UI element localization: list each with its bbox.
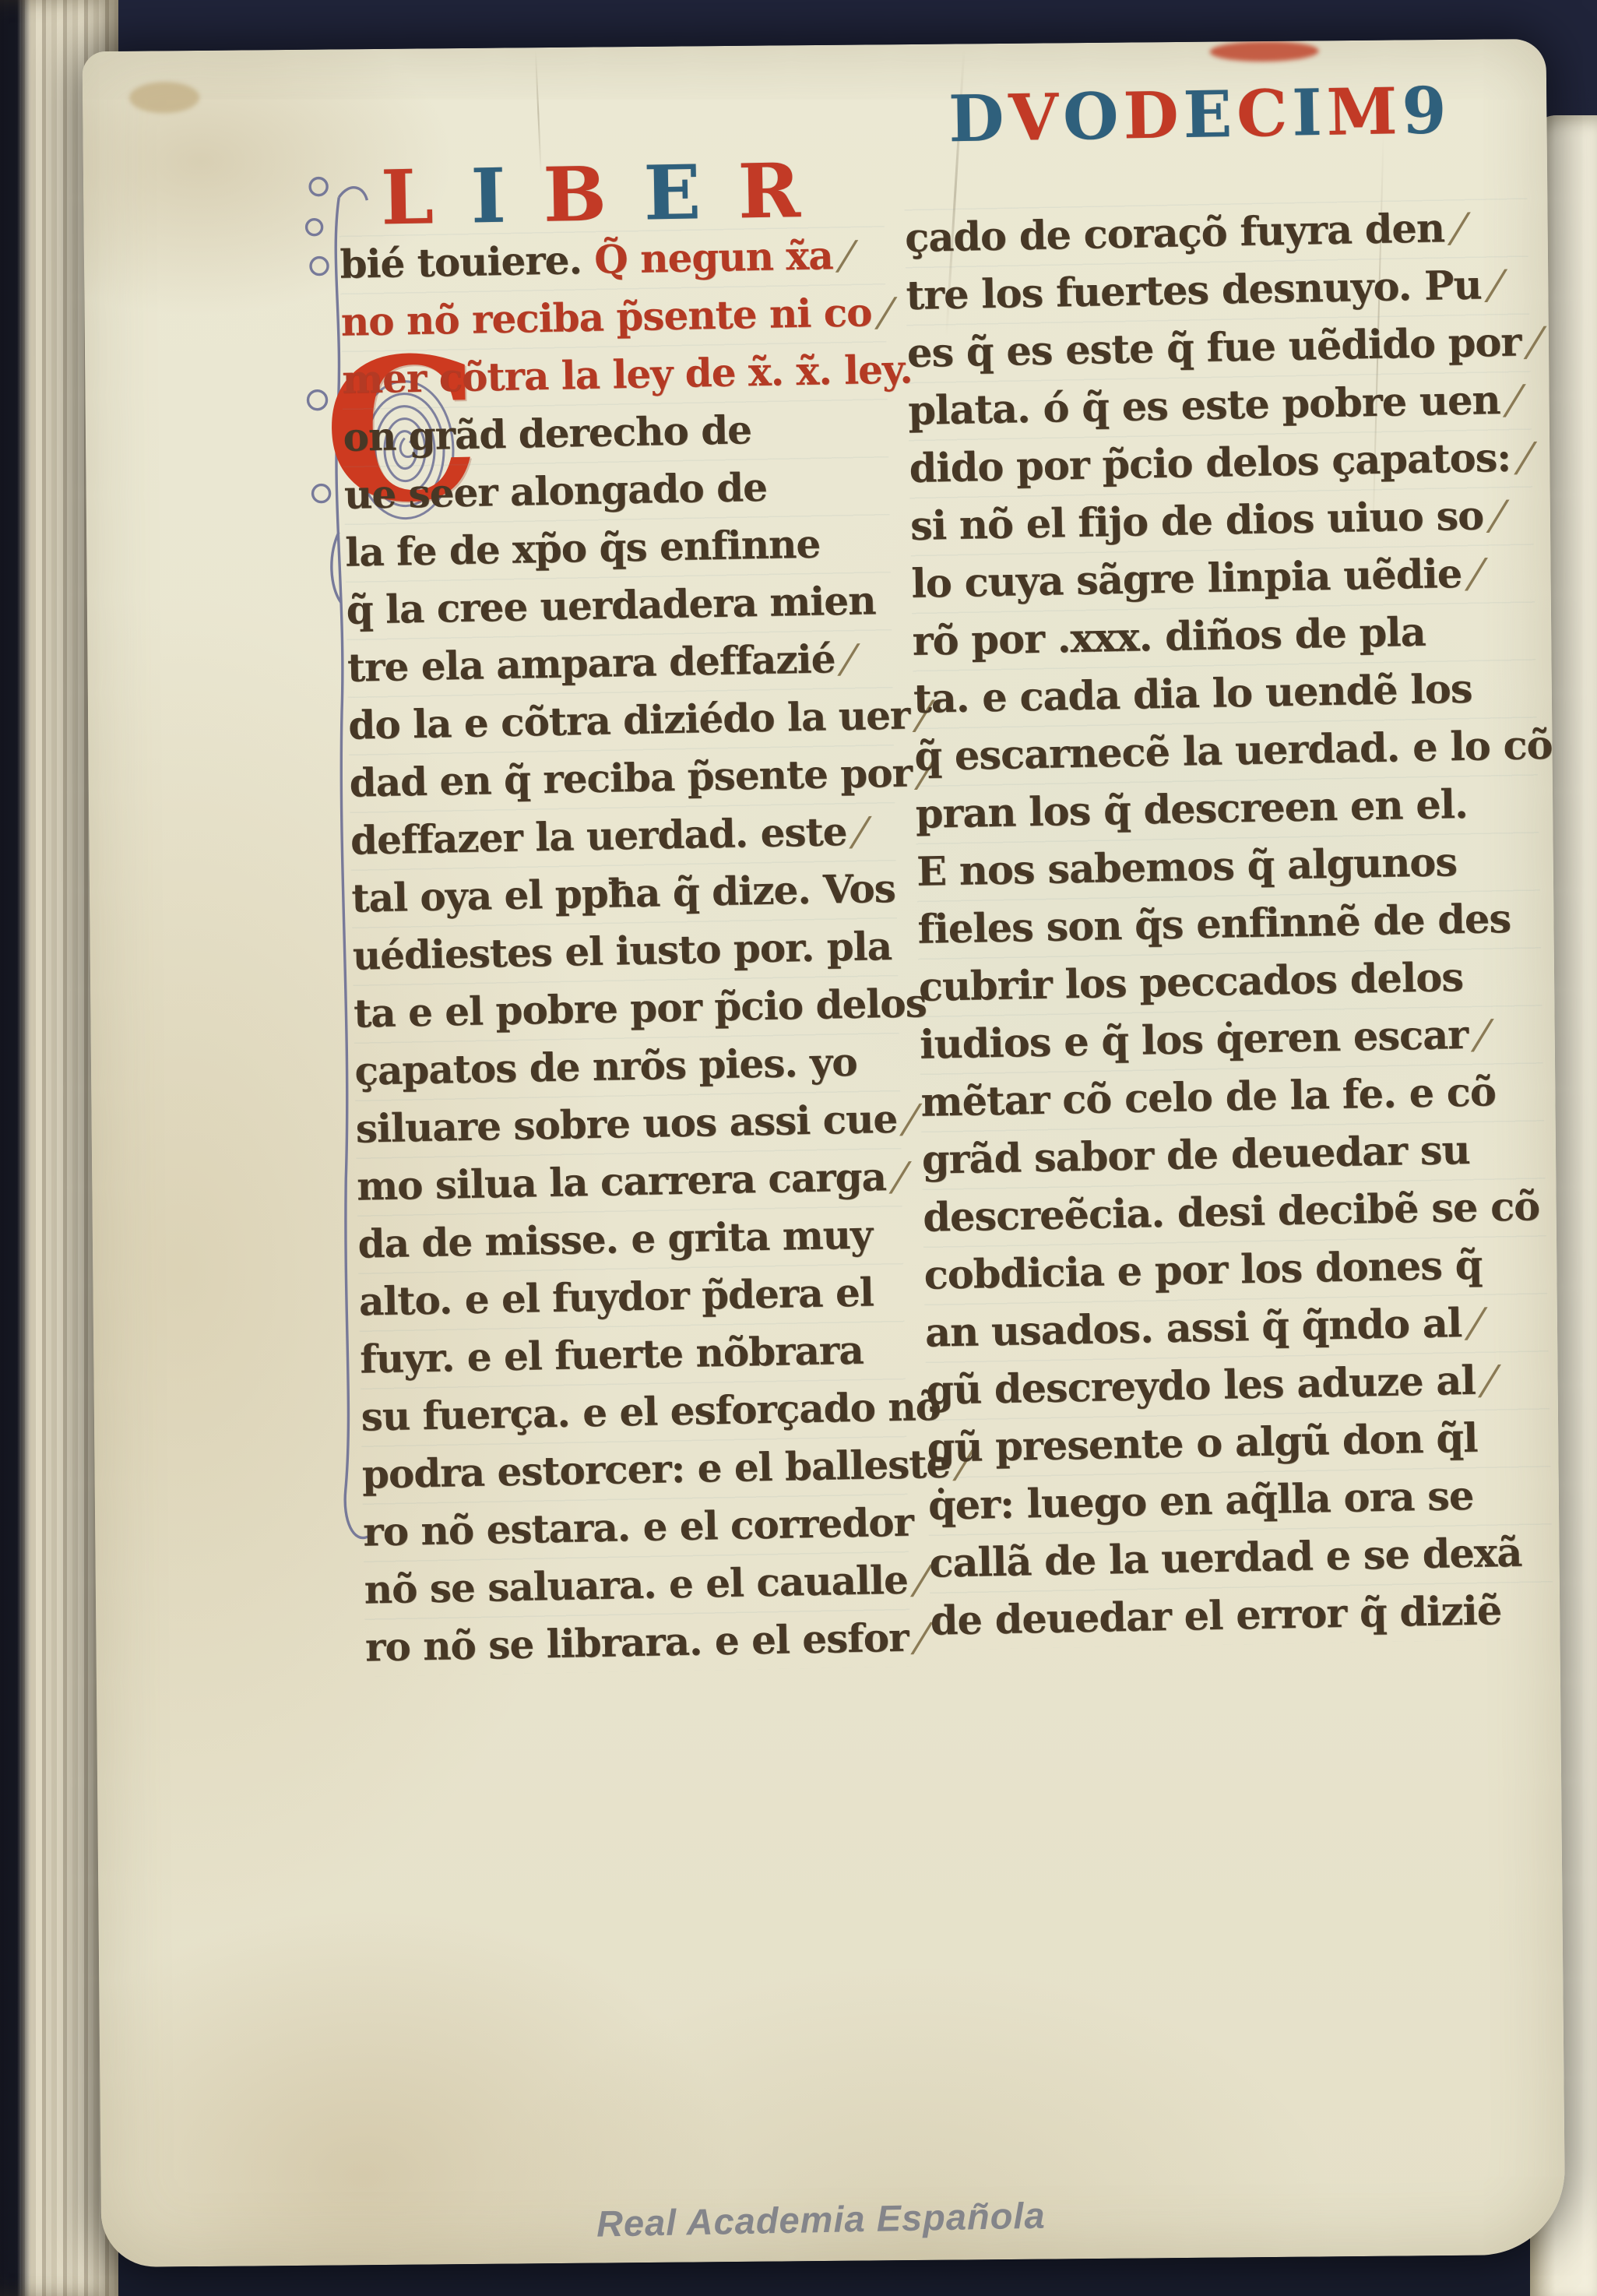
text-line: la fe de xp̃o q̃s enfinne [345,514,891,582]
decorated-capital: R [737,146,839,235]
text-line: tal oya el ppħa q̃ dize. Vos [351,860,897,928]
text-segment: pran los q̃ descreen en el. [915,781,1468,838]
header-duodecimus: DVODECIM9 [948,73,1452,157]
line-filler-slash: / [1520,314,1550,372]
text-line: da de misse. e grita muy [357,1206,903,1273]
text-line: no nõ reciba p̃sente ni co/ [340,283,886,351]
text-segment: do la e cõtra diziédo la uer [348,692,910,748]
text-segment: nõ se saluara. e el caualle [364,1557,908,1613]
text-segment: dido por p̃cio delos çapatos: [909,435,1511,492]
rubric-segment: mer cõtra la ley de x̃. x̃. ley. [342,346,913,402]
text-segment: ta e el pobre por p̃cio delos [354,980,927,1036]
rubric-segment: no nõ reciba p̃sente ni co [340,289,872,344]
manuscript-photo: LIBER DVODECIM9 [0,0,1597,2296]
text-segment: gũ presente o algũ don q̃l [927,1415,1478,1472]
text-segment: da de misse. e grita muy [357,1211,872,1266]
text-segment: tal oya el ppħa q̃ dize. Vos [351,865,895,921]
decorated-capital: C [1236,76,1293,152]
decorated-capital: O [1062,79,1124,154]
text-line: podra estorcer: e el balleste/ [361,1436,907,1504]
text-line: tre ela ampara deffazié/ [346,629,892,697]
text-segment: de deuedar el error q̃ diziẽ [930,1587,1501,1644]
text-line: su fuerça. e el esforçado nõ [361,1379,906,1446]
text-line: ue seer alongado de [343,456,889,524]
text-line: nõ se saluara. e el caualle/ [364,1551,909,1619]
text-line: mer cõtra la ley de x̃. x̃. ley. [342,341,888,409]
text-segment: tre los fuertes desnuyo. Pu [906,262,1482,319]
text-segment: fuyr. e el fuerte nõbrara [360,1327,864,1382]
text-line: ro nõ se librara. e el esfor/ [364,1609,910,1677]
text-segment: cubrir los peccados delos [918,954,1463,1011]
line-filler-slash: / [832,226,862,284]
text-line: dad en q̃ reciba p̃sente por/ [349,745,895,812]
line-filler-slash: / [1480,257,1511,315]
text-segment: cobdicia e por los dones q̃ [923,1242,1483,1299]
text-segment: deffazer la uerdad. este [350,808,847,864]
text-segment: ro nõ estara. e el corredor [363,1499,914,1555]
text-segment: gũ descreydo les aduze al [926,1358,1476,1414]
text-column-right: çado de coraçõ fuyra den/tre los fuertes… [905,198,1554,1650]
text-line: on grãd derecho de [343,399,888,467]
library-watermark: Real Academia Española [596,2194,1046,2245]
text-line: fuyr. e el fuerte nõbrara [360,1321,906,1389]
line-filler-slash: / [1461,1294,1491,1353]
text-segment: an usados. assi q̃ q̃ndo al [924,1300,1462,1357]
text-segment: siluare sobre uos assi cue [355,1096,897,1152]
text-segment: dad en q̃ reciba p̃sente por [349,749,912,805]
text-segment: rõ por .xxx. diños de pla [912,609,1426,665]
line-filler-slash: / [1461,545,1491,604]
rubric-segment: Q̃ negun x̃a [594,232,833,283]
text-line: çapatos de nrõs pies. yo [354,1033,900,1100]
decorated-capital: 9 [1402,73,1452,149]
text-segment: bié touiere. [339,237,595,287]
text-line: bié touiere. Q̃ negun x̃a/ [339,226,885,294]
line-filler-slash: / [1474,1352,1504,1410]
text-line: de deuedar el error q̃ diziẽ [930,1581,1553,1650]
text-segment: si nõ el fijo de dios uiuo so [909,492,1483,549]
decorated-capital: E [1183,77,1237,153]
text-segment: on grãd derecho de [343,407,751,460]
text-segment: fieles son q̃s enfinnẽ de des [917,896,1511,953]
text-line: ta e el pobre por p̃cio delos [353,975,899,1043]
text-segment: grãd sabor de deuedar su [921,1127,1470,1184]
text-segment: callã de la uerdad e se dexã [929,1530,1522,1587]
text-segment: çado de coraçõ fuyra den [905,205,1445,262]
decorated-capital: E [643,147,739,237]
text-line: ro nõ estara. e el corredor [363,1494,909,1562]
text-segment: tre ela ampara deffazié [346,636,835,690]
decorated-capital: M [1326,74,1402,150]
text-segment: lo cuya sãgre linpia uẽdie [911,551,1462,607]
text-line: lo cuya sãgre linpia uẽdie/ [911,544,1535,613]
decorated-capital: L [380,152,471,241]
text-segment: su fuerça. e el esforçado nõ [361,1383,941,1440]
text-line: alto. e el fuydor p̃dera el [358,1263,904,1331]
decorated-capital: I [470,151,544,241]
line-filler-slash: / [1467,1006,1497,1065]
text-segment: q̇er: luego en aq̃lla ora se [928,1473,1474,1530]
line-filler-slash: / [1510,429,1540,488]
text-column-left: bié touiere. Q̃ negun x̃a/no nõ reciba p… [339,226,911,1677]
line-filler-slash: / [1499,372,1529,430]
text-line: uédiestes el iusto por. pla [352,917,898,985]
red-pigment-smudge [1210,40,1319,62]
decorated-capital: V [1008,80,1064,156]
text-segment: la fe de xp̃o q̃s enfinne [345,521,821,576]
decorated-capital: I [1292,76,1328,151]
text-line: mo silua la carrera carga/ [357,1148,902,1216]
text-segment: es q̃ es este q̃ fue uẽdido por [906,319,1521,376]
text-segment: mẽtar cõ celo de la fe. e cõ [920,1069,1496,1126]
text-segment: alto. e el fuydor p̃dera el [358,1269,874,1324]
text-segment: uédiestes el iusto por. pla [352,923,892,979]
text-line: deffazer la uerdad. este/ [350,802,895,870]
text-line: do la e cõtra diziédo la uer/ [348,687,894,755]
text-segment: descreẽcia. desi decibẽ se cõ [923,1183,1540,1241]
line-filler-slash: / [885,1147,916,1206]
line-filler-slash: / [834,630,864,688]
text-segment: ta. e cada dia lo uendẽ los [913,666,1472,723]
text-segment: podra estorcer: e el balleste [361,1441,950,1498]
parchment-page: LIBER DVODECIM9 [83,39,1566,2267]
line-filler-slash: / [846,802,876,861]
text-segment: q̃ la cree uerdadera mien [346,577,876,632]
text-segment: ro nõ se librara. e el esfor [365,1615,909,1671]
text-segment: plata. ó q̃ es este pobre uen [908,377,1500,435]
decorated-capital: D [1123,78,1184,153]
text-segment: E nos sabemos q̃ algunos [916,839,1458,896]
decorated-capital: D [948,81,1010,157]
text-segment: q̃ escarnecẽ la uerdad. e lo cõ [914,722,1553,780]
text-line: siluare sobre uos assi cue/ [355,1090,901,1158]
line-filler-slash: / [871,283,901,342]
decorated-capital: B [543,150,645,239]
text-segment: ue seer alongado de [343,464,767,518]
ink-stain [129,82,199,114]
text-line: q̃ la cree uerdadera mien [346,572,892,639]
line-filler-slash: / [1444,200,1474,259]
text-segment: iudios e q̃ los q̇eren escar [920,1012,1469,1069]
text-segment: mo silua la carrera carga [357,1153,887,1209]
line-filler-slash: / [1483,488,1513,546]
text-segment: çapatos de nrõs pies. yo [354,1039,857,1094]
